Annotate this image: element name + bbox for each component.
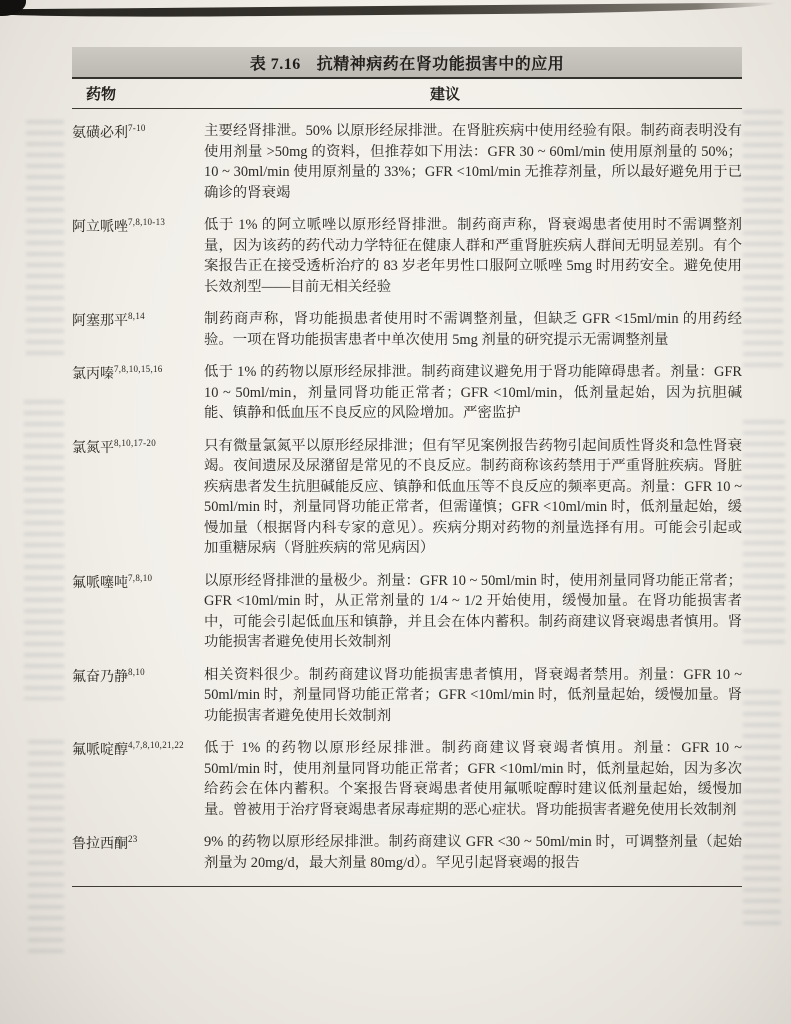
drug-name-text: 氟奋乃静 [72,670,128,685]
drug-name: 阿立哌唑7,8,10-13 [72,215,204,297]
table-caption: 表 7.16 抗精神病药在肾功能损害中的应用 [72,47,742,79]
reference-superscript: 8,10 [128,667,145,677]
drug-recommendation: 低于 1% 的药物以原形经尿排泄。制药商建议肾衰竭者慎用。剂量：GFR 10 ~… [204,738,742,820]
drug-recommendation: 低于 1% 的阿立哌唑以原形经肾排泄。制药商声称，肾衰竭患者使用时不需调整剂量，… [204,215,742,297]
table-caption-label: 表 7.16 [250,51,301,74]
table-row: 氟哌噻吨7,8,10 以原形经肾排泄的量极少。剂量：GFR 10 ~ 50ml/… [72,571,742,653]
drug-name: 氯丙嗪7,8,10,15,16 [72,362,204,424]
drug-name-text: 氯氮平 [72,441,114,456]
drug-recommendation: 低于 1% 的药物以原形经尿排泄。制药商建议避免用于肾功能障碍患者。剂量：GFR… [204,362,742,424]
table-caption-title: 抗精神病药在肾功能损害中的应用 [317,51,565,74]
scan-edge-artifact [0,3,777,19]
drug-recommendation: 只有微量氯氮平以原形经尿排泄；但有罕见案例报告药物引起间质性肾炎和急性肾衰竭。夜… [204,436,742,559]
table-row: 鲁拉西酮23 9% 的药物以原形经尿排泄。制药商建议 GFR <30 ~ 50m… [72,832,742,873]
drug-recommendation: 相关资料很少。制药商建议肾功能损害患者慎用，肾衰竭者禁用。剂量：GFR 10 ~… [204,665,742,727]
table-row: 氯丙嗪7,8,10,15,16 低于 1% 的药物以原形经尿排泄。制药商建议避免… [72,362,742,424]
drug-name-text: 鲁拉西酮 [72,837,128,852]
drug-name: 氟哌啶醇4,7,8,10,21,22 [72,738,204,820]
scanned-book-page: 表 7.16 抗精神病药在肾功能损害中的应用 药物 建议 氨磺必利7-10 主要… [0,0,791,1024]
drug-recommendation: 主要经肾排泄。50% 以原形经尿排泄。在肾脏疾病中使用经验有限。制药商表明没有使… [204,121,742,203]
bleedthrough-artifact [743,420,785,650]
table-row: 阿塞那平8,14 制药商声称，肾功能损患者使用时不需调整剂量，但缺乏 GFR <… [72,309,742,350]
bleedthrough-artifact [743,110,783,370]
drug-name-text: 阿塞那平 [72,314,128,329]
table-row: 氟奋乃静8,10 相关资料很少。制药商建议肾功能损害患者慎用，肾衰竭者禁用。剂量… [72,665,742,727]
drug-name-text: 氯丙嗪 [72,367,114,382]
table-row: 氨磺必利7-10 主要经肾排泄。50% 以原形经尿排泄。在肾脏疾病中使用经验有限… [72,121,742,203]
drug-name: 氟哌噻吨7,8,10 [72,571,204,653]
reference-superscript: 8,14 [128,311,145,321]
reference-superscript: 7,8,10-13 [128,217,165,227]
drug-name: 氟奋乃静8,10 [72,665,204,727]
column-header-recommendation: 建议 [176,83,714,104]
bleedthrough-artifact [28,740,64,960]
bleedthrough-artifact [743,690,781,930]
reference-superscript: 8,10,17-20 [114,438,156,448]
drug-name-text: 氟哌啶醇 [72,743,128,758]
reference-superscript: 7,8,10,15,16 [114,364,163,374]
drug-table: 药物 建议 氨磺必利7-10 主要经肾排泄。50% 以原形经尿排泄。在肾脏疾病中… [72,79,742,887]
table-row: 氯氮平8,10,17-20 只有微量氯氮平以原形经尿排泄；但有罕见案例报告药物引… [72,436,742,559]
drug-name-text: 氨磺必利 [72,126,128,141]
reference-superscript: 23 [128,834,138,844]
drug-name-text: 氟哌噻吨 [72,576,128,591]
bleedthrough-artifact [24,400,64,700]
drug-recommendation: 以原形经肾排泄的量极少。剂量：GFR 10 ~ 50ml/min 时，使用剂量同… [204,571,742,653]
drug-name: 鲁拉西酮23 [72,832,204,873]
reference-superscript: 7-10 [128,123,146,133]
table-row: 阿立哌唑7,8,10-13 低于 1% 的阿立哌唑以原形经肾排泄。制药商声称，肾… [72,215,742,297]
table-row: 氟哌啶醇4,7,8,10,21,22 低于 1% 的药物以原形经尿排泄。制药商建… [72,738,742,820]
drug-name: 阿塞那平8,14 [72,309,204,350]
table-bottom-rule [72,886,742,887]
table-header-row: 药物 建议 [72,79,742,109]
reference-superscript: 4,7,8,10,21,22 [128,740,184,750]
bleedthrough-artifact [26,120,64,360]
drug-name: 氨磺必利7-10 [72,121,204,203]
drug-recommendation: 9% 的药物以原形经尿排泄。制药商建议 GFR <30 ~ 50ml/min 时… [204,832,742,873]
drug-recommendation: 制药商声称，肾功能损患者使用时不需调整剂量，但缺乏 GFR <15ml/min … [204,309,742,350]
drug-name: 氯氮平8,10,17-20 [72,436,204,559]
drug-name-text: 阿立哌唑 [72,220,128,235]
reference-superscript: 7,8,10 [128,573,152,583]
